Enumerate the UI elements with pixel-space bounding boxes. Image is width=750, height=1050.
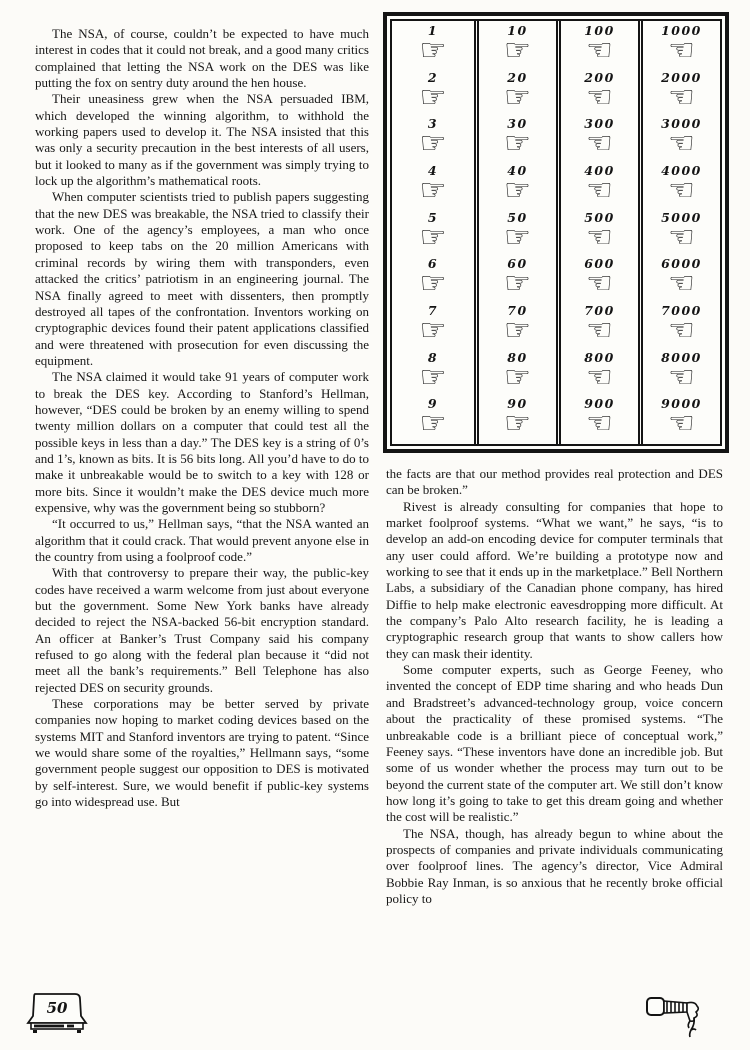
hand-pointing-left-icon: ☜ [586,269,613,299]
paragraph: When computer scientists tried to publis… [35,189,369,369]
page-number-badge: 50 [25,992,89,1040]
figure-cell: 900☜ [561,395,638,442]
hand-pointing-left-icon: ☜ [668,176,695,206]
hand-pointing-left-icon: ☜ [668,223,695,253]
hand-pointing-right-icon: ☞ [420,176,447,206]
right-text-column: the facts are that our method provides r… [386,466,723,907]
figure-cell: 500☜ [561,209,638,256]
hand-pointing-left-icon: ☜ [668,129,695,159]
figure-cell: 30☞ [479,115,556,162]
figure-cell: 4000☜ [643,162,720,209]
paragraph: The NSA claimed it would take 91 years o… [35,369,369,516]
paragraph: the facts are that our method provides r… [386,466,723,499]
figure-cell: 100☜ [561,22,638,69]
paragraph: The NSA, though, has already begun to wh… [386,826,723,908]
hand-pointing-right-icon: ☞ [504,269,531,299]
hand-pointing-left-icon: ☜ [586,36,613,66]
paragraph: Rivest is already consulting for compani… [386,499,723,662]
hand-pointing-right-icon: ☞ [420,223,447,253]
figure-cell: 80☞ [479,349,556,396]
figure-cell: 10☞ [479,22,556,69]
hand-pointing-right-icon: ☞ [504,223,531,253]
hand-pointing-left-icon: ☜ [668,269,695,299]
hand-pointing-right-icon: ☞ [504,129,531,159]
figure-cell: 8☞ [392,349,474,396]
hand-pointing-left-icon: ☜ [586,223,613,253]
hand-pointing-right-icon: ☞ [420,36,447,66]
hand-pointing-right-icon: ☞ [504,363,531,393]
figure-cell: 4☞ [392,162,474,209]
left-text-column: The NSA, of course, couldn’t be expected… [35,26,369,811]
hand-pointing-left-icon: ☜ [586,316,613,346]
figure-cell: 7☞ [392,302,474,349]
hand-pointing-right-icon: ☞ [420,269,447,299]
hand-pointing-left-icon: ☜ [668,316,695,346]
figure-cell: 8000☜ [643,349,720,396]
hand-pointing-right-icon: ☞ [504,176,531,206]
magazine-page: The NSA, of course, couldn’t be expected… [0,0,750,1050]
figure-cell: 5000☜ [643,209,720,256]
hand-pointing-left-icon: ☜ [668,409,695,439]
page-number: 50 [47,999,68,1017]
hand-pointing-left-icon: ☜ [586,129,613,159]
figure-column-10: 10☞20☞30☞40☞50☞60☞70☞80☞90☞ [474,21,556,444]
figure-cell: 9000☜ [643,395,720,442]
figure-cell: 1000☜ [643,22,720,69]
hand-pointing-right-icon: ☞ [420,409,447,439]
figure-cell: 7000☜ [643,302,720,349]
figure-cell: 50☞ [479,209,556,256]
paragraph: With that controversy to prepare their w… [35,565,369,696]
figure-cell: 20☞ [479,69,556,116]
figure-cell: 40☞ [479,162,556,209]
hand-pointing-left-icon: ☜ [586,363,613,393]
paragraph: “It occurred to us,” Hellman says, “that… [35,516,369,565]
hand-cuff-icon [645,992,717,1044]
figure-column-1: 1☞2☞3☞4☞5☞6☞7☞8☞9☞ [392,21,474,444]
hand-pointing-right-icon: ☞ [420,83,447,113]
figure-cell: 3000☜ [643,115,720,162]
hand-pointing-left-icon: ☜ [586,409,613,439]
terminal-icon: 50 [25,992,89,1040]
hand-pointing-left-icon: ☜ [668,363,695,393]
figure-cell: 300☜ [561,115,638,162]
figure-cell: 1☞ [392,22,474,69]
hand-pointing-right-icon: ☞ [504,409,531,439]
finger-counting-figure: 1☞2☞3☞4☞5☞6☞7☞8☞9☞10☞20☞30☞40☞50☞60☞70☞8… [383,12,729,453]
hand-pointing-right-icon: ☞ [504,36,531,66]
paragraph: These corporations may be better served … [35,696,369,810]
hand-pointing-right-icon: ☞ [504,83,531,113]
hand-pointing-right-icon: ☞ [504,316,531,346]
paragraph: Their uneasiness grew when the NSA persu… [35,91,369,189]
figure-cell: 2000☜ [643,69,720,116]
figure-cell: 600☜ [561,255,638,302]
figure-column-1000: 1000☜2000☜3000☜4000☜5000☜6000☜7000☜8000☜… [638,21,720,444]
figure-cell: 700☜ [561,302,638,349]
figure-cell: 2☞ [392,69,474,116]
hand-pointing-left-icon: ☜ [668,36,695,66]
figure-cell: 400☜ [561,162,638,209]
hand-pointing-right-icon: ☞ [420,316,447,346]
figure-cell: 60☞ [479,255,556,302]
hand-pointing-left-icon: ☜ [586,176,613,206]
figure-cell: 70☞ [479,302,556,349]
figure-cell: 5☞ [392,209,474,256]
figure-cell: 90☞ [479,395,556,442]
figure-cell: 800☜ [561,349,638,396]
paragraph: The NSA, of course, couldn’t be expected… [35,26,369,91]
hand-pointing-right-icon: ☞ [420,363,447,393]
hand-pointing-left-icon: ☜ [668,83,695,113]
figure-cell: 200☜ [561,69,638,116]
hand-pointing-right-icon: ☞ [420,129,447,159]
finger-counting-grid: 1☞2☞3☞4☞5☞6☞7☞8☞9☞10☞20☞30☞40☞50☞60☞70☞8… [390,19,722,446]
hand-pointing-left-icon: ☜ [586,83,613,113]
paragraph: Some computer experts, such as George Fe… [386,662,723,825]
figure-cell: 3☞ [392,115,474,162]
figure-cell: 9☞ [392,395,474,442]
figure-cell: 6☞ [392,255,474,302]
figure-cell: 6000☜ [643,255,720,302]
figure-column-100: 100☜200☜300☜400☜500☜600☜700☜800☜900☜ [556,21,638,444]
